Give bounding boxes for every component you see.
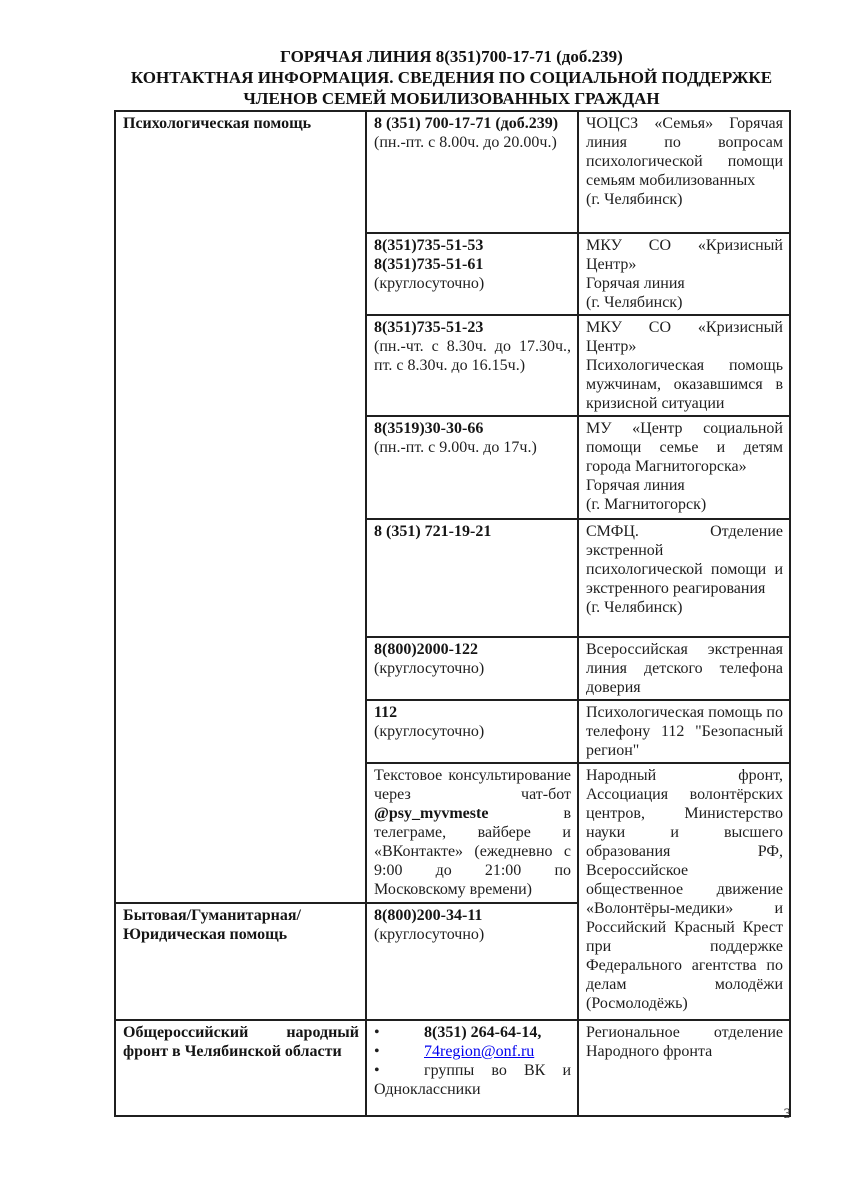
bullet-icon: • xyxy=(374,1023,386,1042)
contacts-table: Психологическая помощь 8 (351) 700-17-71… xyxy=(114,110,791,1117)
description-text: СМФЦ. Отделение экстренной психологическ… xyxy=(586,522,783,598)
description-cell-smfc: СМФЦ. Отделение экстренной психологическ… xyxy=(578,519,790,637)
chat-consulting-text: Текстовое консультирование через чат-бот… xyxy=(374,766,571,899)
description-text: МУ «Центр социальной помощи семье и детя… xyxy=(586,419,783,476)
description-city: (г. Челябинск) xyxy=(586,598,783,617)
phone-number: 8(351)735-51-61 xyxy=(374,255,571,274)
phone-number: 8(351)735-51-53 xyxy=(374,236,571,255)
description-cell-crisis-men: МКУ СО «Кризисный Центр» Психологическая… xyxy=(578,315,790,416)
description-text: Горячая линия xyxy=(586,476,783,495)
description-text: Психологическая помощь мужчинам, оказавш… xyxy=(586,356,783,413)
chat-text-prefix: Текстовое консультирование через чат-бот xyxy=(374,767,571,803)
description-cell-narodny-front: Народный фронт, Ассоциация волонтёрских … xyxy=(578,763,790,1020)
description-cell-crisis-hotline: МКУ СО «Кризисный Центр» Горячая линия (… xyxy=(578,233,790,315)
phone-number: 8 (351) 721-19-21 xyxy=(374,522,571,541)
email-link[interactable]: 74region@onf.ru xyxy=(424,1043,534,1060)
working-hours: (пн.-пт. с 8.00ч. до 20.00ч.) xyxy=(374,133,571,152)
description-city: (г. Челябинск) xyxy=(586,293,783,312)
contacts-cell-onf: •8(351) 264-64-14, •74region@onf.ru •гру… xyxy=(366,1020,578,1116)
description-text: Региональное отделение Народного фронта xyxy=(586,1023,783,1061)
page-number: 3 xyxy=(114,1106,791,1123)
phone-number: 8(351)735-51-23 xyxy=(374,318,571,337)
working-hours: (пн.-чт. с 8.30ч. до 17.30ч., пт. с 8.30… xyxy=(374,337,571,375)
description-cell-onf: Региональное отделение Народного фронта xyxy=(578,1020,790,1116)
row-semya-hotline: Психологическая помощь 8 (351) 700-17-71… xyxy=(115,111,790,233)
category-label-psychological: Психологическая помощь xyxy=(123,114,359,133)
phone-number: 8(3519)30-30-66 xyxy=(374,419,571,438)
phone-cell-crisis-men: 8(351)735-51-23 (пн.-чт. с 8.30ч. до 17.… xyxy=(366,315,578,416)
description-cell-child-helpline: Всероссийская экстренная линия детского … xyxy=(578,637,790,700)
phone-cell-household: 8(800)200-34-11 (круглосуточно) xyxy=(366,903,578,1020)
onf-phone-number: 8(351) 264-64-14, xyxy=(424,1024,541,1041)
category-label-household: Бытовая/Гуманитарная/ Юридическая помощь xyxy=(123,906,359,944)
phone-number: 8(800)200-34-11 xyxy=(374,906,571,925)
list-item: •74region@onf.ru xyxy=(374,1042,571,1061)
row-onf: Общероссийский народный фронт в Челябинс… xyxy=(115,1020,790,1116)
title-line-family-members: ЧЛЕНОВ СЕМЕЙ МОБИЛИЗОВАННЫХ ГРАЖДАН xyxy=(114,88,789,109)
description-text: Народный фронт, Ассоциация волонтёрских … xyxy=(586,766,783,1013)
category-cell-onf: Общероссийский народный фронт в Челябинс… xyxy=(115,1020,366,1116)
chat-bot-handle: @psy_myvmeste xyxy=(374,805,488,822)
description-text: ЧОЦСЗ «Семья» Горячая линия по вопросам … xyxy=(586,114,783,190)
description-text: МКУ СО «Кризисный Центр» xyxy=(586,236,783,274)
description-city: (г. Челябинск) xyxy=(586,190,783,209)
phone-cell-smfc: 8 (351) 721-19-21 xyxy=(366,519,578,637)
phone-cell-child-helpline: 8(800)2000-122 (круглосуточно) xyxy=(366,637,578,700)
description-text: Всероссийская экстренная линия детского … xyxy=(586,640,783,697)
category-label-onf: Общероссийский народный фронт в Челябинс… xyxy=(123,1023,359,1061)
phone-cell-112: 112 (круглосуточно) xyxy=(366,700,578,763)
description-cell-semya: ЧОЦСЗ «Семья» Горячая линия по вопросам … xyxy=(578,111,790,233)
description-text: МКУ СО «Кризисный Центр» xyxy=(586,318,783,356)
phone-cell-semya: 8 (351) 700-17-71 (доб.239) (пн.-пт. с 8… xyxy=(366,111,578,233)
list-item: •8(351) 264-64-14, xyxy=(374,1023,571,1042)
working-hours: (пн.-пт. с 9.00ч. до 17ч.) xyxy=(374,438,571,457)
description-text: Горячая линия xyxy=(586,274,783,293)
title-line-contact-info: КОНТАКТНАЯ ИНФОРМАЦИЯ. СВЕДЕНИЯ ПО СОЦИА… xyxy=(114,67,789,88)
document-page: ГОРЯЧАЯ ЛИНИЯ 8(351)700-17-71 (доб.239) … xyxy=(114,0,789,1117)
phone-number: 8 (351) 700-17-71 (доб.239) xyxy=(374,114,571,133)
working-hours: (круглосуточно) xyxy=(374,925,571,944)
phone-cell-crisis-hotline: 8(351)735-51-53 8(351)735-51-61 (круглос… xyxy=(366,233,578,315)
phone-number: 8(800)2000-122 xyxy=(374,640,571,659)
category-cell-household: Бытовая/Гуманитарная/ Юридическая помощь xyxy=(115,903,366,1020)
description-cell-112: Психологическая помощь по телефону 112 "… xyxy=(578,700,790,763)
onf-groups-text: группы во ВК и Одноклассники xyxy=(374,1062,571,1098)
title-line-hotline: ГОРЯЧАЯ ЛИНИЯ 8(351)700-17-71 (доб.239) xyxy=(114,46,789,67)
working-hours: (круглосуточно) xyxy=(374,722,571,741)
description-city: (г. Магнитогорск) xyxy=(586,495,783,514)
category-cell-psychological: Психологическая помощь xyxy=(115,111,366,903)
bullet-icon: • xyxy=(374,1061,386,1080)
description-text: Психологическая помощь по телефону 112 "… xyxy=(586,703,783,760)
bullet-icon: • xyxy=(374,1042,386,1061)
chat-consulting-cell: Текстовое консультирование через чат-бот… xyxy=(366,763,578,903)
description-cell-magnitogorsk: МУ «Центр социальной помощи семье и детя… xyxy=(578,416,790,519)
working-hours: (круглосуточно) xyxy=(374,274,571,293)
list-item: •группы во ВК и Одноклассники xyxy=(374,1061,571,1099)
working-hours: (круглосуточно) xyxy=(374,659,571,678)
document-title: ГОРЯЧАЯ ЛИНИЯ 8(351)700-17-71 (доб.239) … xyxy=(114,0,789,109)
phone-cell-magnitogorsk: 8(3519)30-30-66 (пн.-пт. с 9.00ч. до 17ч… xyxy=(366,416,578,519)
phone-number: 112 xyxy=(374,703,571,722)
